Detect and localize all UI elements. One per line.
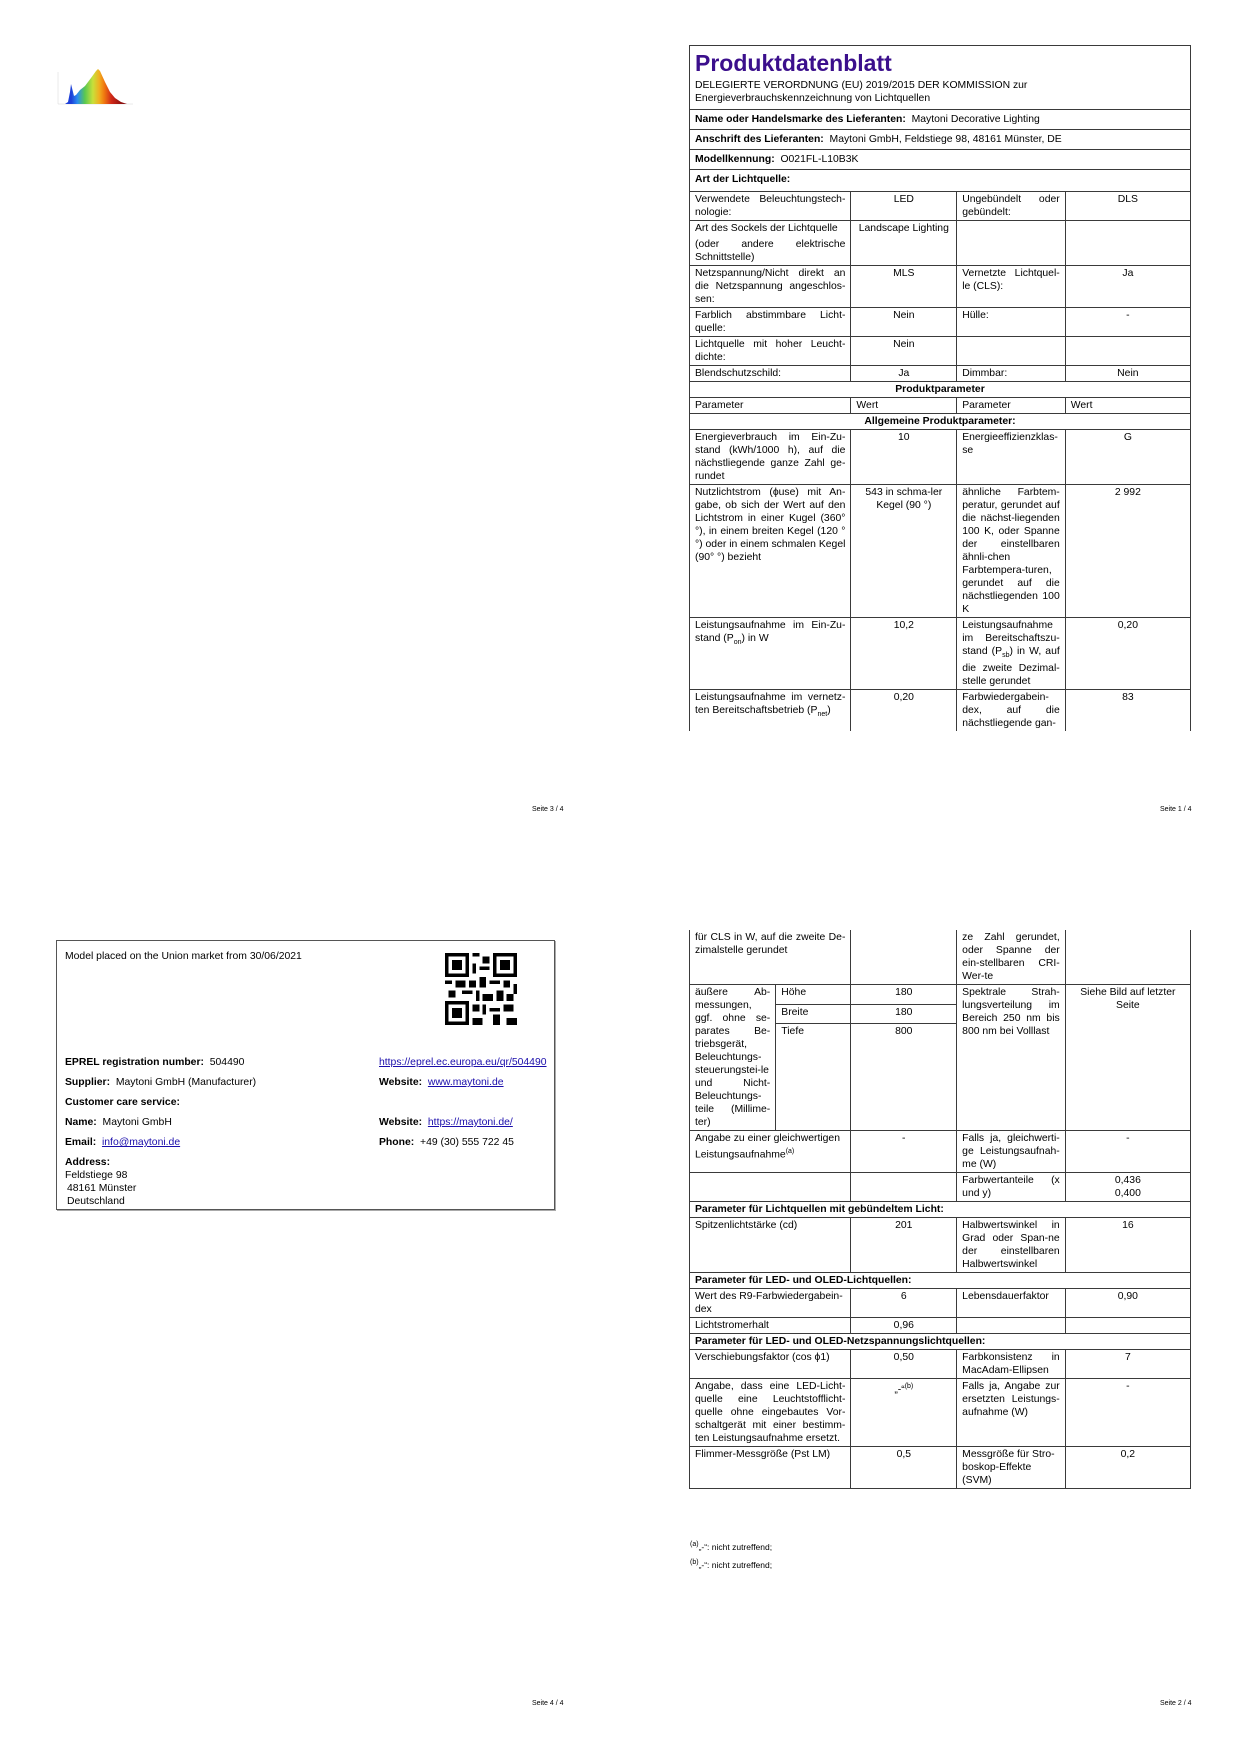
care-name-row: Name: Maytoni GmbH (65, 1117, 172, 1128)
page-number: Seite 1 / 4 (1160, 806, 1192, 813)
table-row: Verschiebungsfaktor (cos ϕ1) 0,50 Farbko… (690, 1350, 1191, 1379)
table-row: Farblich abstimmbare Licht-quelle:Nein H… (690, 308, 1191, 337)
section-heading: Parameter für Lichtquellen mit gebündelt… (690, 1202, 1191, 1218)
table-row: Lichtstromerhalt 0,96 (690, 1318, 1191, 1334)
customer-care-heading: Customer care service: (65, 1097, 180, 1108)
section-heading: Allgemeine Produktparameter: (690, 414, 1191, 430)
table-row: Leistungsaufnahme im Ein-Zu-stand (Pon) … (690, 618, 1191, 690)
page-number: Seite 3 / 4 (532, 806, 564, 813)
supplier-row: Supplier: Maytoni GmbH (Manufacturer) (65, 1077, 256, 1088)
qr-code-icon[interactable] (445, 953, 517, 1025)
product-datasheet-table-page1: Produktdatenblatt DELEGIERTE VERORDNUNG … (689, 45, 1191, 731)
website-link[interactable]: www.maytoni.de (428, 1077, 504, 1088)
address-heading: Address: (65, 1157, 110, 1168)
section-heading: Parameter für LED- und OLED-Netzspannung… (690, 1334, 1191, 1350)
page-number: Seite 4 / 4 (532, 1700, 564, 1707)
table-row: Blendschutzschild:Ja Dimmbar:Nein (690, 366, 1191, 382)
table-row: Netzspannung/Nicht direkt an die Netzspa… (690, 266, 1191, 308)
phone-row: Phone: +49 (30) 555 722 45 (379, 1137, 514, 1148)
table-row: Flimmer-Messgröße (Pst LM) 0,5 Messgröße… (690, 1447, 1191, 1489)
table-row: Angabe zu einer gleichwertigen Leistungs… (690, 1131, 1191, 1173)
email-link[interactable]: info@maytoni.de (102, 1137, 180, 1148)
supplier-name-row: Name oder Handelsmarke des Lieferanten: … (690, 110, 1191, 130)
care-website-row: Website: https://maytoni.de/ (379, 1117, 513, 1128)
table-row: Nutzlichtstrom (ϕuse) mit An-gabe, ob si… (690, 485, 1191, 618)
product-datasheet-table-page2: für CLS in W, auf die zweite De-zimalste… (689, 930, 1191, 1489)
table-row: Leistungsaufnahme im vernetz-ten Bereits… (690, 690, 1191, 732)
page-number: Seite 2 / 4 (1160, 1700, 1192, 1707)
spectral-distribution-image (55, 62, 135, 110)
table-row: Art des Sockels der Lichtquelle(oder and… (690, 221, 1191, 266)
eprel-info-box: Model placed on the Union market from 30… (56, 940, 555, 1210)
page-title: Produktdatenblatt (690, 46, 1191, 79)
supplier-address-row: Anschrift des Lieferanten: Maytoni GmbH,… (690, 130, 1191, 150)
address-line: Feldstiege 98 (65, 1170, 127, 1181)
footnote: (b)„-“: nicht zutreffend; (690, 1556, 772, 1572)
address-line: 48161 Münster (67, 1183, 136, 1194)
supplier-website-row: Website: www.maytoni.de (379, 1077, 504, 1088)
table-row: Farbwertanteile (x und y) 0,4360,400 (690, 1173, 1191, 1202)
section-heading: Art der Lichtquelle: (690, 170, 1191, 192)
table-row: für CLS in W, auf die zweite De-zimalste… (690, 930, 1191, 985)
table-row: Energieverbrauch im Ein-Zu-stand (kWh/10… (690, 430, 1191, 485)
regulation-text: DELEGIERTE VERORDNUNG (EU) 2019/2015 DER… (690, 78, 1191, 110)
column-headers: ParameterWert ParameterWert (690, 398, 1191, 414)
table-row: Spitzenlichtstärke (cd) 201 Halbwertswin… (690, 1218, 1191, 1273)
table-row: Lichtquelle mit hoher Leucht-dichte:Nein (690, 337, 1191, 366)
care-website-link[interactable]: https://maytoni.de/ (428, 1117, 513, 1128)
table-row: Angabe, dass eine LED-Licht-quelle eine … (690, 1379, 1191, 1447)
eprel-link[interactable]: https://eprel.ec.europa.eu/qr/504490 (379, 1057, 547, 1068)
dimensions-row: äußere Ab-messungen, ggf. ohne se-parate… (690, 985, 1191, 1005)
address-line: Deutschland (67, 1196, 125, 1207)
eprel-registration: EPREL registration number: 504490 (65, 1057, 244, 1068)
section-heading: Parameter für LED- und OLED-Lichtquellen… (690, 1273, 1191, 1289)
model-row: Modellkennung: O021FL-L10B3K (690, 150, 1191, 170)
section-heading: Produktparameter (690, 382, 1191, 398)
table-row: Verwendete Beleuchtungstech-nologie:LED … (690, 192, 1191, 221)
table-row: Wert des R9-Farbwiedergabein-dex 6 Leben… (690, 1289, 1191, 1318)
market-date: Model placed on the Union market from 30… (65, 951, 302, 962)
email-row: Email: info@maytoni.de (65, 1137, 180, 1148)
footnote: (a)„-“: nicht zutreffend; (690, 1538, 772, 1554)
